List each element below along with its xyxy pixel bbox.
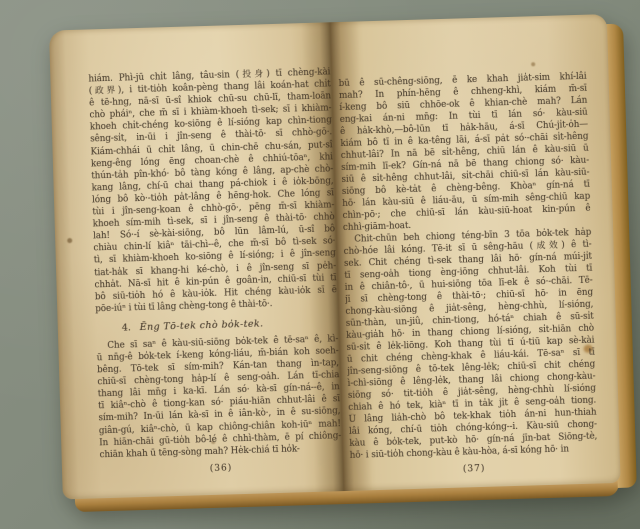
section-number: 4. xyxy=(122,322,131,333)
section-heading: 4.Ēng Tō-tek chò bo̍k-tek. xyxy=(96,315,338,335)
right-page-text: bū ê sū-chêng-siōng, ē ke khah jia̍t-sim… xyxy=(339,71,599,478)
paragraph-continuation: hiám. Phì-jū chi̍t lâng, tâu-sin (投身) tī… xyxy=(88,66,337,315)
section-title: Ēng Tō-tek chò bo̍k-tek. xyxy=(140,318,264,333)
paragraph: Chit-chūn beh chiong téng-bīn 3 tōa bo̍k… xyxy=(343,227,598,462)
page-number-left: (36) xyxy=(100,460,342,477)
page-number-right: (37) xyxy=(350,461,598,478)
left-page: hiám. Phì-jū chi̍t lâng, tâu-sin (投身) tī… xyxy=(49,22,344,499)
paragraph: Che sī saⁿ ê kàu-siū-siōng bo̍k-tek ê tē… xyxy=(96,333,341,461)
photo-background: hiám. Phì-jū chi̍t lâng, tâu-sin (投身) tī… xyxy=(0,0,640,529)
stain xyxy=(531,62,535,66)
left-page-text: hiám. Phì-jū chi̍t lâng, tâu-sin (投身) tī… xyxy=(88,66,342,477)
stain xyxy=(67,238,72,243)
right-page: bū ê sū-chêng-siōng, ē ke khah jia̍t-sim… xyxy=(330,14,621,491)
paragraph-continuation: bū ê sū-chêng-siōng, ē ke khah jia̍t-sim… xyxy=(339,71,592,234)
book: hiám. Phì-jū chi̍t lâng, tâu-sin (投身) tī… xyxy=(49,14,637,513)
